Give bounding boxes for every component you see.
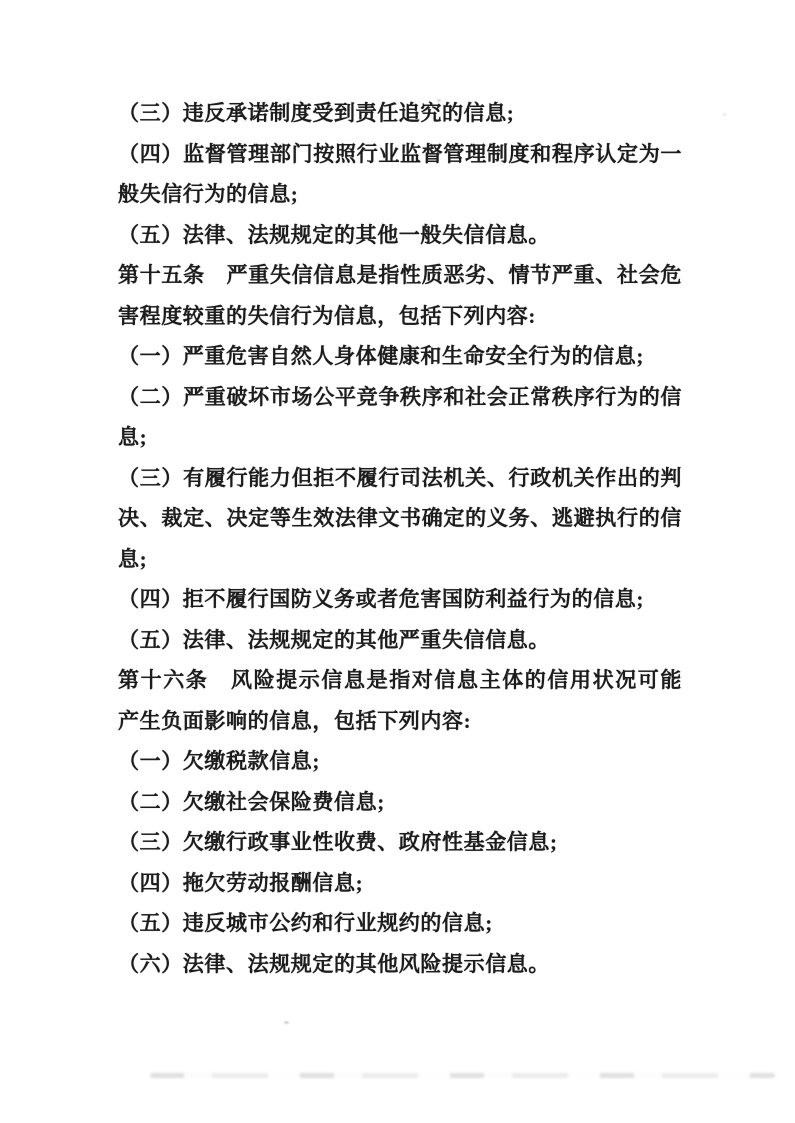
text-line: 般失信行为的信息;: [118, 174, 682, 215]
text-line: （三）违反承诺制度受到责任追究的信息;: [118, 93, 682, 134]
text-line: 息;: [118, 417, 682, 458]
text-line: 产生负面影响的信息，包括下列内容:: [118, 701, 682, 742]
text-line: 第十五条 严重失信信息是指性质恶劣、情节严重、社会危: [118, 255, 682, 296]
text-line: 第十六条 风险提示信息是指对信息主体的信用状况可能: [118, 660, 682, 701]
text-line: （四）拒不履行国防义务或者危害国防利益行为的信息;: [118, 579, 682, 620]
text-line: （二）严重破坏市场公平竞争秩序和社会正常秩序行为的信: [118, 377, 682, 418]
text-line: （三）有履行能力但拒不履行司法机关、行政机关作出的判: [118, 458, 682, 499]
text-line: （二）欠缴社会保险费信息;: [118, 782, 682, 823]
scan-smudge-artifact: [150, 1073, 775, 1078]
scan-speck: [723, 113, 726, 116]
text-line: 决、裁定、决定等生效法律文书确定的义务、逃避执行的信: [118, 498, 682, 539]
text-line: （三）欠缴行政事业性收费、政府性基金信息;: [118, 822, 682, 863]
text-line: 息;: [118, 539, 682, 580]
text-line: （一）欠缴税款信息;: [118, 741, 682, 782]
scan-speck: [284, 1021, 289, 1024]
text-line: （五）法律、法规规定的其他一般失信信息。: [118, 215, 682, 256]
text-line: （五）法律、法规规定的其他严重失信信息。: [118, 620, 682, 661]
scan-speck: [437, 99, 441, 102]
text-line: （六）法律、法规规定的其他风险提示信息。: [118, 944, 682, 985]
text-line: （四）监督管理部门按照行业监督管理制度和程序认定为一: [118, 134, 682, 175]
text-line: （一）严重危害自然人身体健康和生命安全行为的信息;: [118, 336, 682, 377]
document-text-block: （三）违反承诺制度受到责任追究的信息;（四）监督管理部门按照行业监督管理制度和程…: [118, 93, 682, 984]
text-line: （四）拖欠劳动报酬信息;: [118, 863, 682, 904]
text-line: 害程度较重的失信行为信息，包括下列内容:: [118, 296, 682, 337]
text-line: （五）违反城市公约和行业规约的信息;: [118, 903, 682, 944]
document-page: （三）违反承诺制度受到责任追究的信息;（四）监督管理部门按照行业监督管理制度和程…: [0, 0, 795, 1123]
